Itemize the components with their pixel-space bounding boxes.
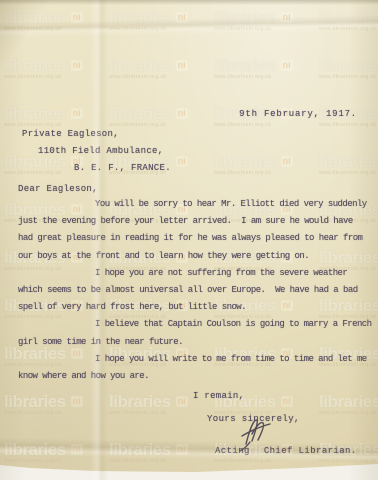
- role-prefix: Acting: [215, 446, 250, 456]
- address-unit: 110th Field Ambulance,: [38, 146, 163, 156]
- letter-date: 9th February, 1917.: [239, 109, 357, 119]
- body-line: our boys at the front and to learn how t…: [18, 248, 366, 265]
- body-line: which seems to be almost universal all o…: [18, 282, 366, 299]
- body-line: spell of very hard frost here, but littl…: [18, 299, 366, 316]
- body-line: I hope you will write to me from time to…: [18, 351, 366, 368]
- role-title: Chief Librarian.: [264, 446, 357, 456]
- address-location: B. E. F., FRANCE.: [74, 163, 171, 173]
- address-recipient: Private Eagleson,: [22, 129, 119, 139]
- body-line: girl some time in the near future.: [18, 334, 366, 351]
- body-line: know where and how you are.: [18, 368, 366, 385]
- closing-remain: I remain,: [193, 391, 244, 401]
- salutation: Dear Eagleson,: [18, 184, 98, 194]
- body-line: had great pleasure in reading it for he …: [18, 230, 366, 247]
- body-line: I believe that Captain Coulson is going …: [18, 316, 366, 333]
- body-line: I hope you are not suffering from the se…: [18, 265, 366, 282]
- letter-body: You will be sorry to hear Mr. Elliott di…: [18, 196, 366, 385]
- body-line: You will be sorry to hear Mr. Elliott di…: [18, 196, 366, 213]
- body-line: just the evening before your letter arri…: [18, 213, 366, 230]
- closing-role: ActingChief Librarian.: [215, 446, 357, 456]
